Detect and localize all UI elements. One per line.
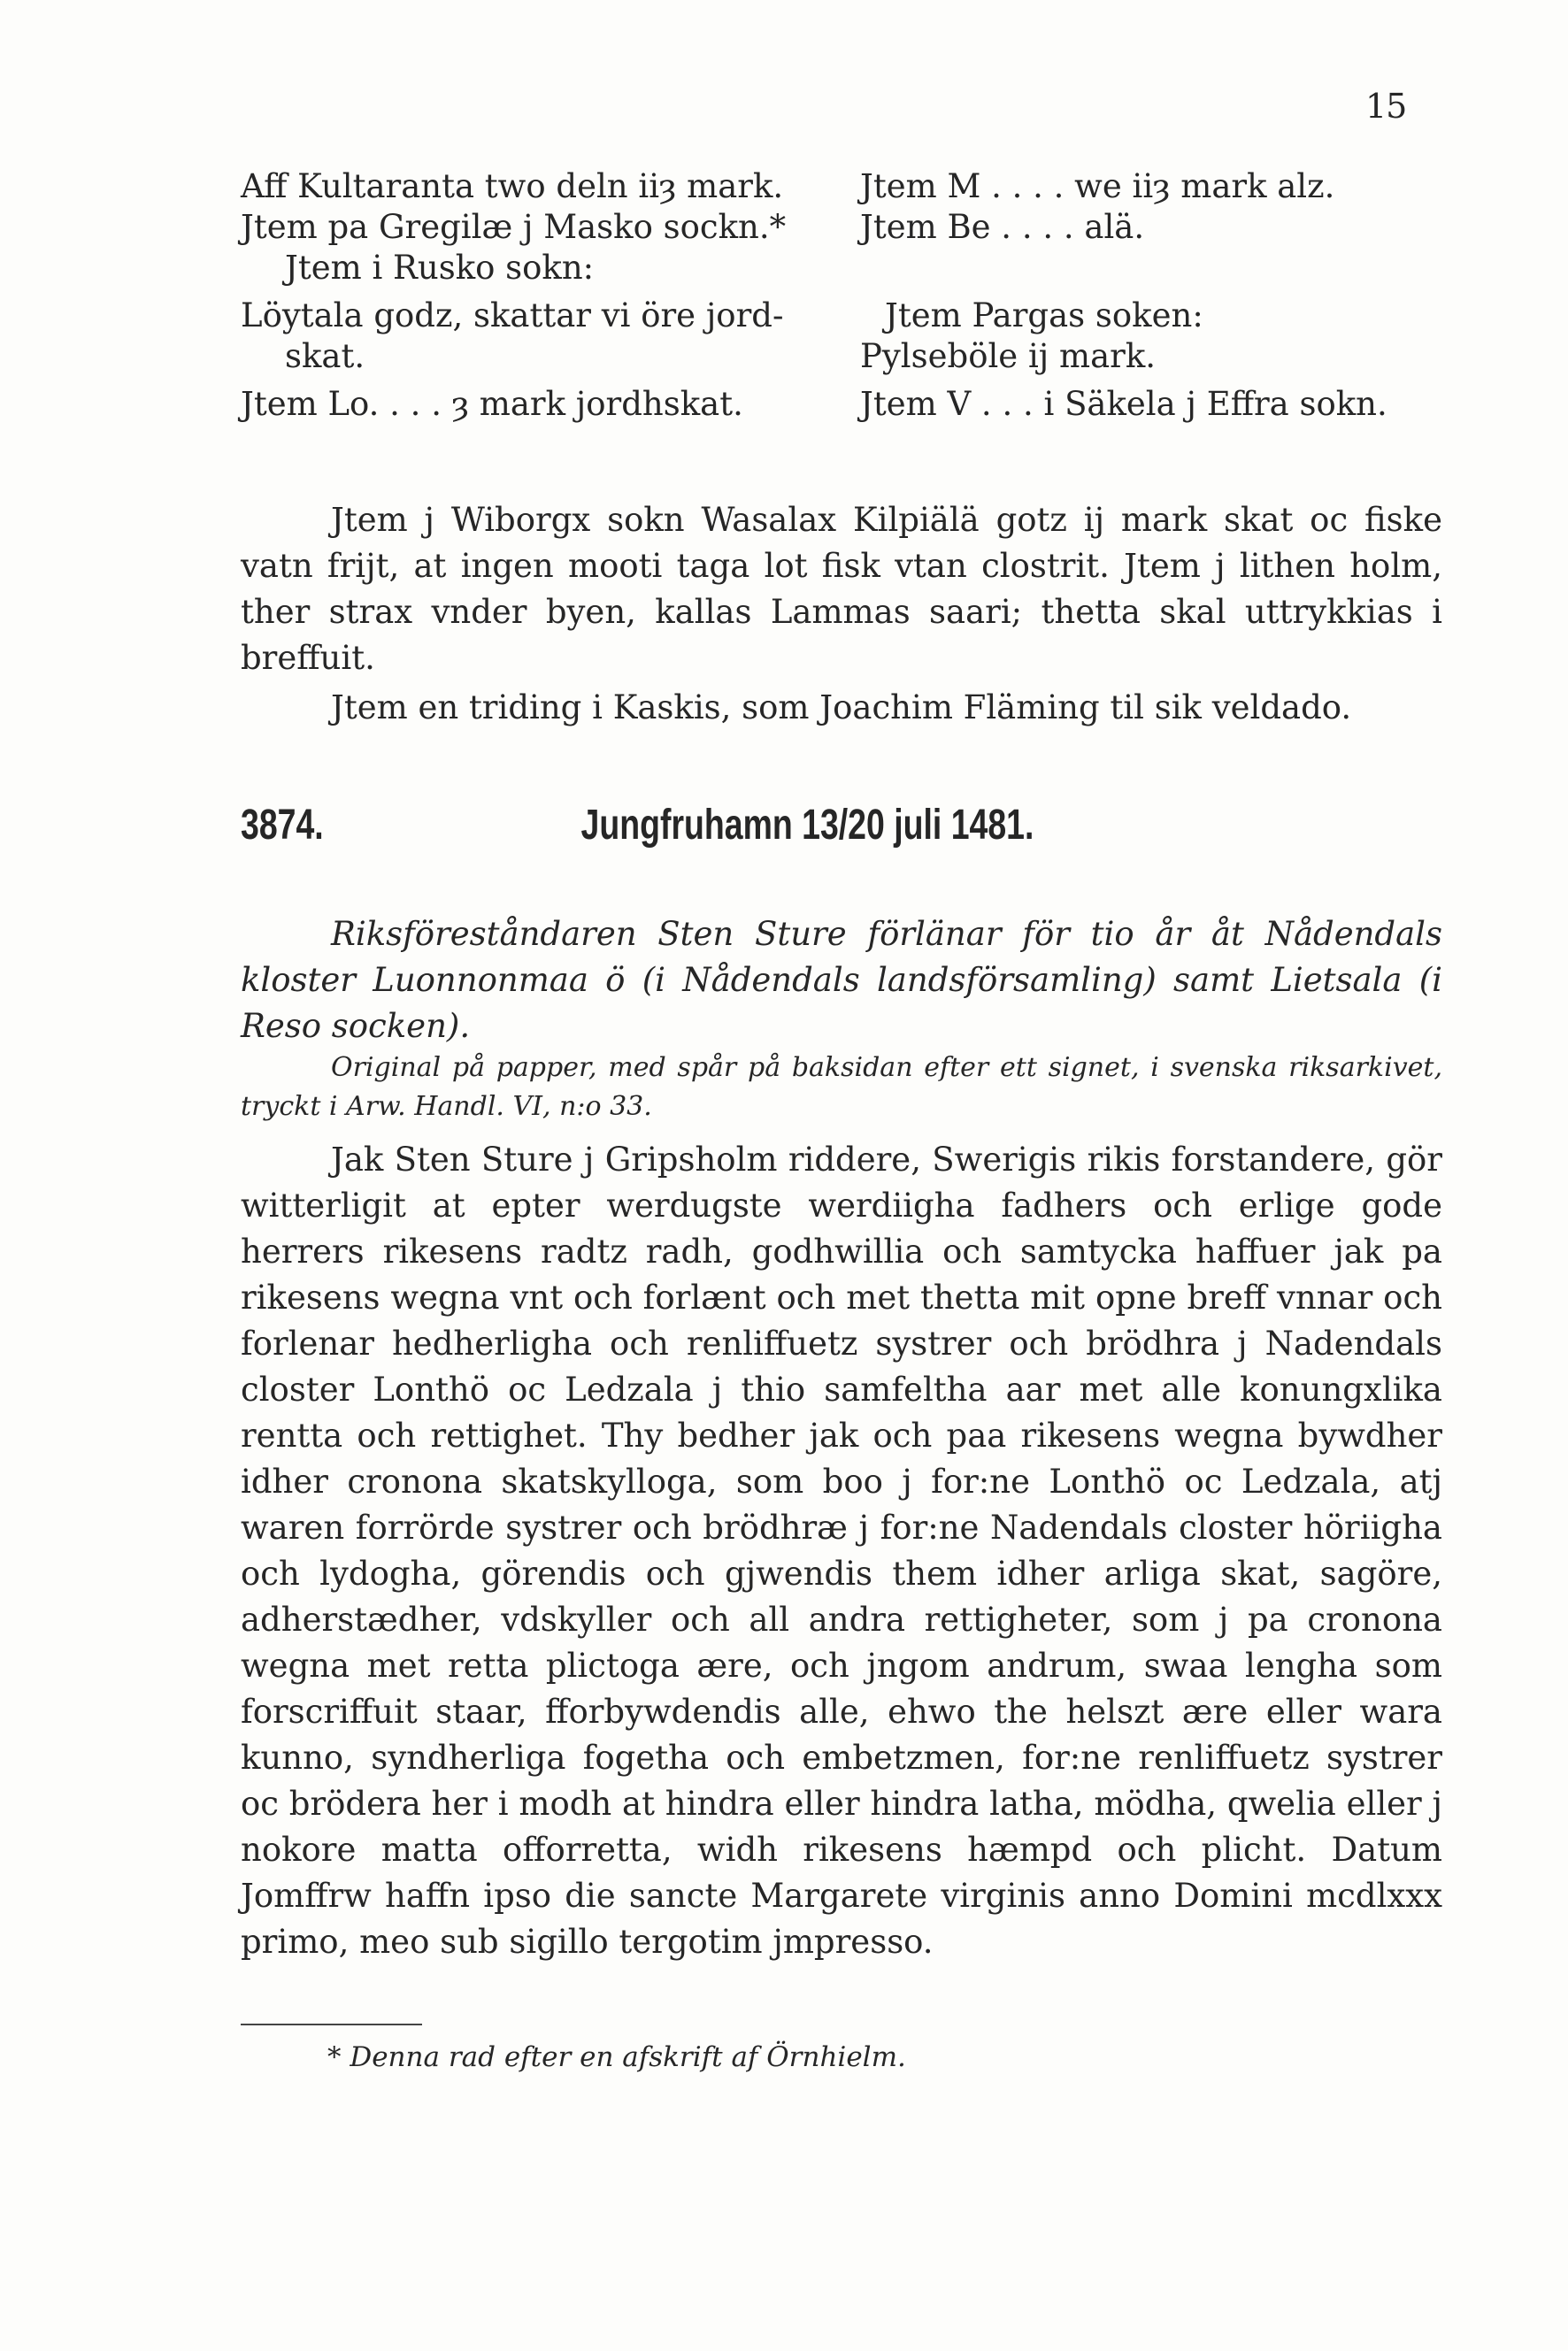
list-item: Pylseböle ij mark. xyxy=(860,336,1462,377)
list-subheading: Jtem Pargas soken: xyxy=(860,296,1462,336)
property-list-right-column: Jtem M . . . . we iiȝ mark alz. Jtem Be … xyxy=(860,166,1462,425)
document-number: 3874. xyxy=(241,801,324,849)
list-item: Jtem pa Gregilæ j Masko sockn.* xyxy=(241,207,860,248)
page-number: 15 xyxy=(1365,87,1406,126)
paragraph: Jtem j Wiborgx sokn Wasalax Kilpiälä got… xyxy=(241,497,1442,681)
list-item: Aff Kultaranta two deln iiȝ mark. xyxy=(241,166,860,207)
list-spacer xyxy=(860,248,1462,288)
list-subheading: Jtem i Rusko sokn: xyxy=(241,248,860,288)
property-list-left-column: Aff Kultaranta two deln iiȝ mark. Jtem p… xyxy=(241,166,860,425)
document-summary: Riksföreståndaren Sten Sture förlänar fö… xyxy=(241,911,1442,1049)
top-paragraphs: Jtem j Wiborgx sokn Wasalax Kilpiälä got… xyxy=(241,497,1442,731)
footnote: * Denna rad efter en afskrift af Örnhiel… xyxy=(327,2040,906,2075)
list-item: Jtem Lo. . . . ȝ mark jordhskat. xyxy=(241,384,860,425)
body-text: Jak Sten Sture j Gripsholm riddere, Swer… xyxy=(241,1137,1442,1965)
paragraph: Jtem en triding i Kaskis, som Joachim Fl… xyxy=(241,685,1442,731)
list-item: Jtem M . . . . we iiȝ mark alz. xyxy=(860,166,1462,207)
list-item: Jtem V . . . i Säkela j Effra sokn. xyxy=(860,384,1462,425)
list-item: Jtem Be . . . . alä. xyxy=(860,207,1462,248)
footnote-divider xyxy=(241,2024,422,2025)
source-note: Original på papper, med spår på baksidan… xyxy=(241,1049,1442,1126)
list-item-continuation: skat. xyxy=(241,336,860,377)
list-item: Löytala godz, skattar vi öre jord- xyxy=(241,296,860,336)
document-title: Jungfruhamn 13/20 juli 1481. xyxy=(581,801,1034,849)
